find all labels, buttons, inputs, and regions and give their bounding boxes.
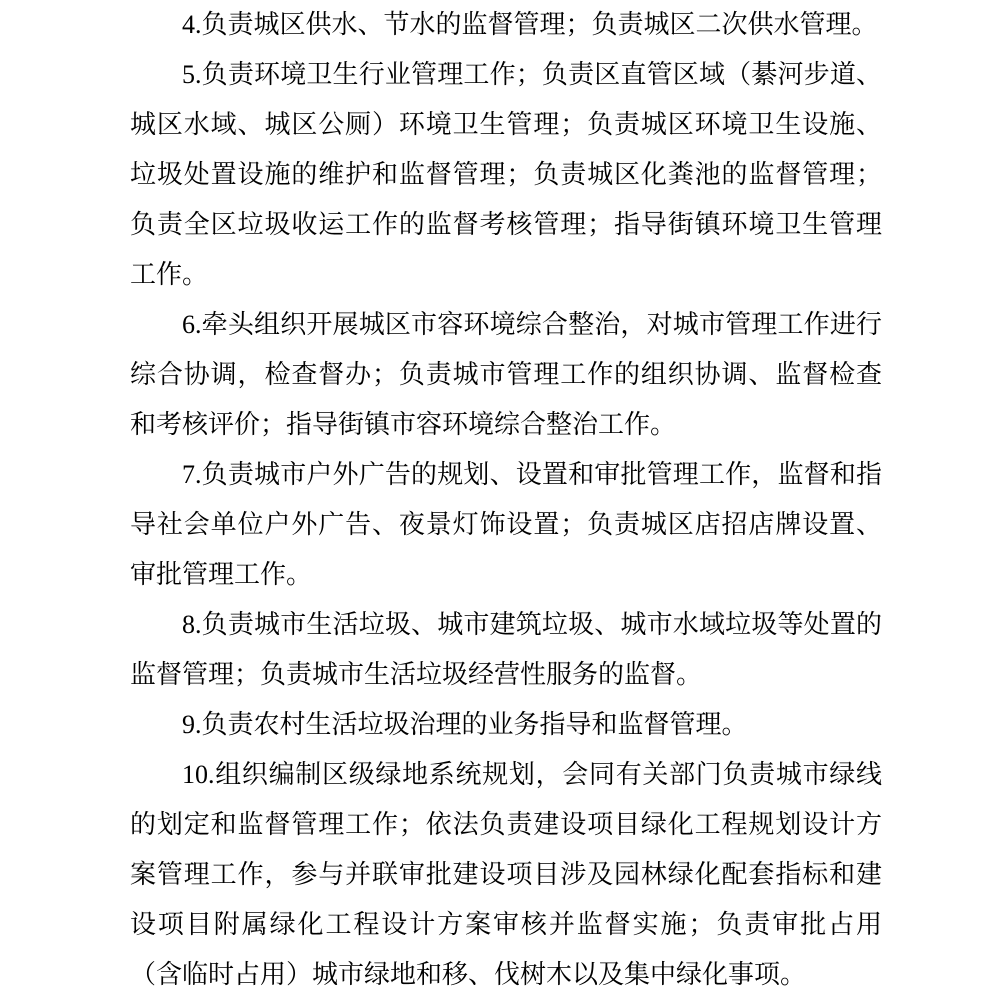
paragraph-item-6: 6.牵头组织开展城区市容环境综合整治，对城市管理工作进行综合协调，检查督办；负责… — [130, 300, 882, 450]
paragraph-item-10: 10.组织编制区级绿地系统规划，会同有关部门负责城市绿线的划定和监督管理工作；依… — [130, 750, 882, 1000]
paragraph-item-7: 7.负责城市户外广告的规划、设置和审批管理工作，监督和指导社会单位户外广告、夜景… — [130, 450, 882, 600]
paragraph-item-9: 9.负责农村生活垃圾治理的业务指导和监督管理。 — [130, 700, 882, 750]
paragraph-item-4: 4.负责城区供水、节水的监督管理；负责城区二次供水管理。 — [130, 0, 882, 50]
document-page: 4.负责城区供水、节水的监督管理；负责城区二次供水管理。 5.负责环境卫生行业管… — [0, 0, 1000, 1002]
paragraph-item-5: 5.负责环境卫生行业管理工作；负责区直管区域（綦河步道、城区水域、城区公厕）环境… — [130, 50, 882, 300]
paragraph-item-8: 8.负责城市生活垃圾、城市建筑垃圾、城市水域垃圾等处置的监督管理；负责城市生活垃… — [130, 600, 882, 700]
document-body: 4.负责城区供水、节水的监督管理；负责城区二次供水管理。 5.负责环境卫生行业管… — [130, 0, 882, 1000]
